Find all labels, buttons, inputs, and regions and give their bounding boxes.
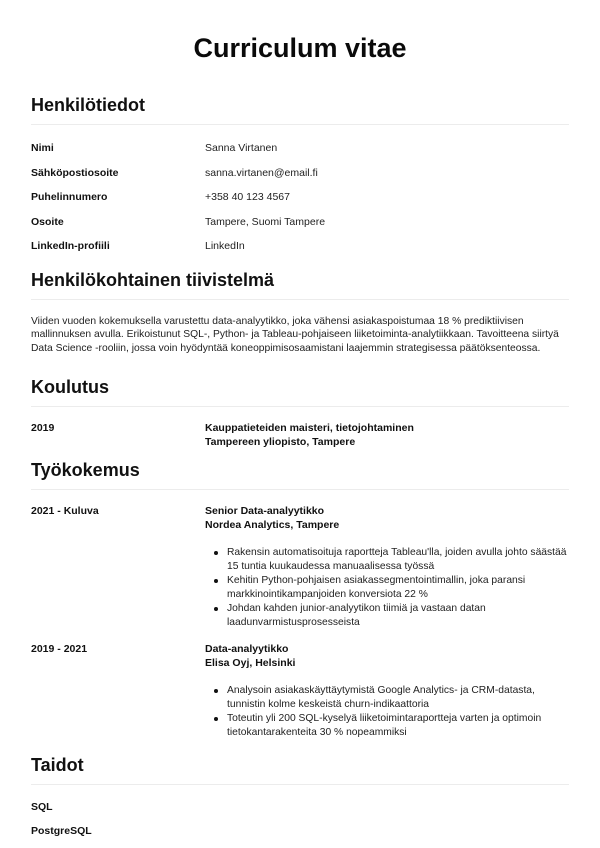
- info-label: Puhelinnumero: [31, 191, 205, 203]
- degree-title: Kauppatieteiden maisteri, tietojohtamine…: [205, 421, 569, 435]
- info-row-email: Sähköpostiosoite sanna.virtanen@email.fi: [31, 161, 569, 186]
- section-summary: Henkilökohtainen tiivistelmä Viiden vuod…: [31, 269, 569, 356]
- section-skills: Taidot SQL PostgreSQL: [31, 754, 569, 845]
- skill-item: PostgreSQL: [31, 821, 569, 845]
- entry-body: Data-analyytikko Elisa Oyj, Helsinki Ana…: [205, 642, 569, 740]
- info-value-address: Tampere, Suomi Tampere: [205, 216, 325, 228]
- linkedin-link[interactable]: LinkedIn: [205, 240, 245, 252]
- entry-body: Kauppatieteiden maisteri, tietojohtamine…: [205, 421, 569, 449]
- section-heading-skills: Taidot: [31, 754, 569, 785]
- section-heading-summary: Henkilökohtainen tiivistelmä: [31, 269, 569, 300]
- info-label: Osoite: [31, 216, 205, 228]
- info-value-phone: +358 40 123 4567: [205, 191, 290, 203]
- job-title: Senior Data-analyytikko: [205, 504, 569, 518]
- school-name: Tampereen yliopisto, Tampere: [205, 435, 569, 449]
- list-item: Toteutin yli 200 SQL-kyselyä liiketoimin…: [227, 712, 569, 740]
- achievement-list: Rakensin automatisoituja raportteja Tabl…: [205, 546, 569, 630]
- list-item: Kehitin Python-pohjaisen asiakassegmento…: [227, 574, 569, 602]
- section-heading-education: Koulutus: [31, 376, 569, 407]
- job-title: Data-analyytikko: [205, 642, 569, 656]
- list-item: Analysoin asiakaskäyttäytymistä Google A…: [227, 684, 569, 712]
- entry-date: 2019 - 2021: [31, 642, 205, 740]
- employer: Nordea Analytics, Tampere: [205, 518, 569, 532]
- entry-body: Senior Data-analyytikko Nordea Analytics…: [205, 504, 569, 630]
- cv-page: Curriculum vitae Henkilötiedot Nimi Sann…: [0, 0, 600, 845]
- section-heading-personal-info: Henkilötiedot: [31, 94, 569, 125]
- employer: Elisa Oyj, Helsinki: [205, 656, 569, 670]
- education-entry: 2019 Kauppatieteiden maisteri, tietojoht…: [31, 421, 569, 449]
- personal-info-table: Nimi Sanna Virtanen Sähköpostiosoite san…: [31, 136, 569, 259]
- achievement-list: Analysoin asiakaskäyttäytymistä Google A…: [205, 684, 569, 740]
- entry-date: 2021 - Kuluva: [31, 504, 205, 630]
- summary-text: Viiden vuoden kokemuksella varustettu da…: [31, 315, 569, 356]
- section-personal-info: Henkilötiedot Nimi Sanna Virtanen Sähköp…: [31, 94, 569, 259]
- info-row-address: Osoite Tampere, Suomi Tampere: [31, 210, 569, 235]
- info-value-email[interactable]: sanna.virtanen@email.fi: [205, 167, 318, 179]
- list-item: Rakensin automatisoituja raportteja Tabl…: [227, 546, 569, 574]
- experience-entry: 2021 - Kuluva Senior Data-analyytikko No…: [31, 504, 569, 630]
- info-row-phone: Puhelinnumero +358 40 123 4567: [31, 185, 569, 210]
- info-label: LinkedIn-profiili: [31, 240, 205, 252]
- document-title: Curriculum vitae: [31, 0, 569, 72]
- section-heading-experience: Työkokemus: [31, 459, 569, 490]
- info-label: Sähköpostiosoite: [31, 167, 205, 179]
- info-row-name: Nimi Sanna Virtanen: [31, 136, 569, 161]
- skills-list: SQL PostgreSQL: [31, 797, 569, 845]
- info-label: Nimi: [31, 142, 205, 154]
- info-row-linkedin: LinkedIn-profiili LinkedIn: [31, 234, 569, 259]
- info-value-name: Sanna Virtanen: [205, 142, 277, 154]
- entry-date: 2019: [31, 421, 205, 449]
- skill-item: SQL: [31, 797, 569, 821]
- section-experience: Työkokemus 2021 - Kuluva Senior Data-ana…: [31, 459, 569, 740]
- experience-entry: 2019 - 2021 Data-analyytikko Elisa Oyj, …: [31, 642, 569, 740]
- section-education: Koulutus 2019 Kauppatieteiden maisteri, …: [31, 376, 569, 449]
- list-item: Johdan kahden junior-analyytikon tiimiä …: [227, 602, 569, 630]
